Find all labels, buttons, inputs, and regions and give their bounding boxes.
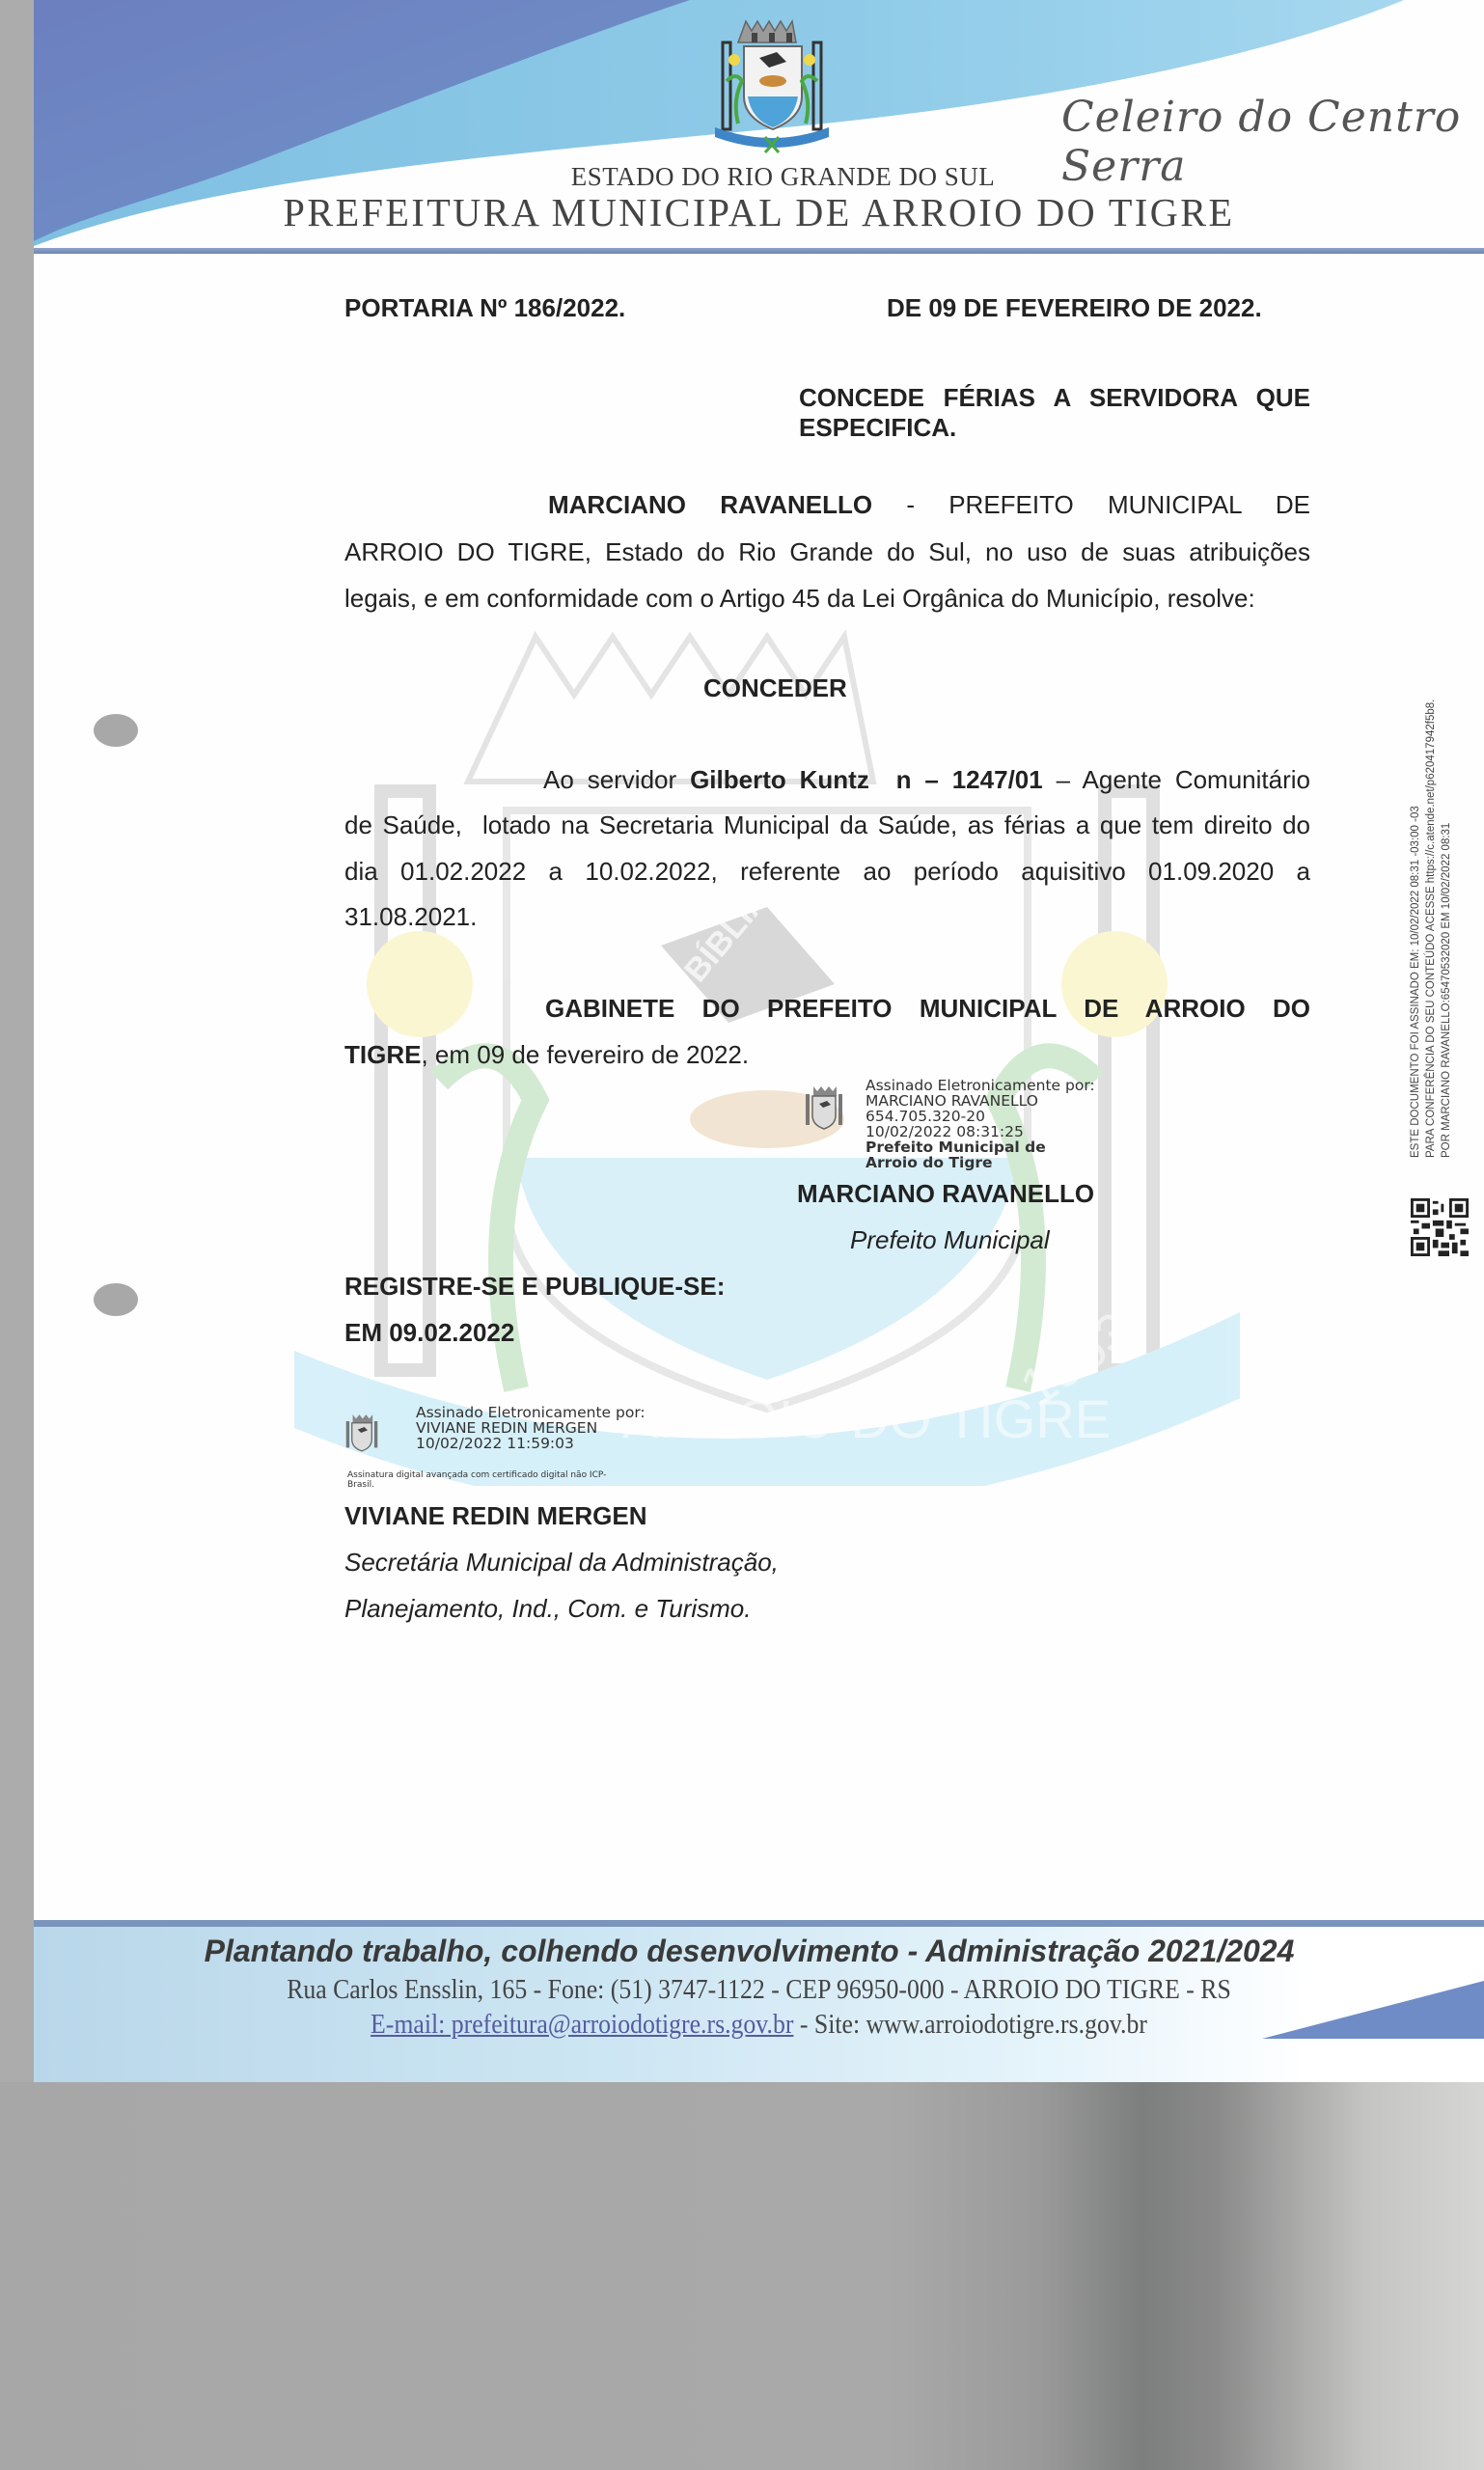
signature-crest-icon: [804, 1083, 844, 1133]
footer-corner-shape: [1262, 1971, 1484, 2039]
action-heading: CONCEDER: [703, 666, 847, 711]
register-line-2: EM 09.02.2022: [344, 1310, 514, 1356]
municipal-crest-logo: [709, 14, 835, 153]
punch-hole-top: [94, 714, 138, 747]
document-page: Celeiro do Centro Serra ESTADO DO RIO GR…: [34, 0, 1484, 2082]
portaria-date: DE 09 DE FEVEREIRO DE 2022.: [887, 286, 1262, 331]
preamble-line-1: MARCIANO RAVANELLO - PREFEITO MUNICIPAL …: [548, 482, 1310, 528]
register-line-1: REGISTRE-SE E PUBLIQUE-SE:: [344, 1264, 725, 1309]
header-divider: [34, 248, 1484, 254]
mayor-name-inline: MARCIANO RAVANELLO: [548, 490, 872, 519]
signature-certificate-notice: Assinatura digital avançada com certific…: [347, 1470, 606, 1490]
footer-divider: [34, 1920, 1484, 1927]
letterhead-footer: Plantando trabalho, colhendo desenvolvim…: [34, 1920, 1484, 2082]
signature-crest-icon: [344, 1411, 379, 1455]
state-name: ESTADO DO RIO GRANDE DO SUL: [34, 162, 1484, 192]
site-text: - Site: www.arroiodotigre.rs.gov.br: [793, 2010, 1147, 2040]
mayor-signature-role: Prefeito Municipal: [850, 1218, 1050, 1263]
verification-side-stamp: ESTE DOCUMENTO FOI ASSINADO EM: 10/02/20…: [1408, 1071, 1454, 1158]
institution-name: PREFEITURA MUNICIPAL DE ARROIO DO TIGRE: [48, 189, 1470, 235]
portaria-number: PORTARIA Nº 186/2022.: [344, 286, 625, 331]
footer-address: Rua Carlos Ensslin, 165 - Fone: (51) 374…: [92, 1975, 1426, 2006]
mayor-signature-name: MARCIANO RAVANELLO: [797, 1171, 1094, 1217]
footer-tagline: Plantando trabalho, colhendo desenvolvim…: [34, 1934, 1484, 1969]
footer-contacts: E-mail: prefeitura@arroiodotigre.rs.gov.…: [92, 2010, 1426, 2041]
qr-code[interactable]: [1411, 1198, 1469, 1256]
mayor-e-signature-stamp: Assinado Eletronicamente por: MARCIANO R…: [866, 1078, 1095, 1170]
body-line-4: 31.08.2021.: [344, 894, 477, 940]
email-link[interactable]: E-mail: prefeitura@arroiodotigre.rs.gov.…: [371, 2010, 793, 2040]
punch-hole-bottom: [94, 1283, 138, 1316]
closing-line-1: GABINETE DO PREFEITO MUNICIPAL DE ARROIO…: [545, 986, 1310, 1031]
secretary-signature-name: VIVIANE REDIN MERGEN: [344, 1494, 647, 1539]
secretary-e-signature-stamp: Assinado Eletronicamente por: VIVIANE RE…: [416, 1405, 646, 1451]
secretary-role-line-2: Planejamento, Ind., Com. e Turismo.: [344, 1586, 751, 1632]
body-line-3: dia 01.02.2022 a 10.02.2022, referente a…: [344, 849, 1310, 894]
body-line-1: Ao servidor Gilberto Kuntz n – 1247/01 –…: [543, 757, 1310, 803]
body-line-2: de Saúde, lotado na Secretaria Municipal…: [344, 803, 1310, 848]
scan-left-margin: [0, 0, 34, 2084]
ementa-line-2: ESPECIFICA.: [799, 405, 956, 451]
closing-line-2: TIGRE, em 09 de fevereiro de 2022.: [344, 1032, 749, 1078]
servant-name: Gilberto Kuntz n – 1247/01: [690, 765, 1043, 794]
preamble-line-3: legais, e em conformidade com o Artigo 4…: [344, 576, 1310, 621]
verification-link[interactable]: PARA CONFERÊNCIA DO SEU CONTEÚDO ACESSE …: [1423, 1071, 1439, 1158]
preamble-line-2: ARROIO DO TIGRE, Estado do Rio Grande do…: [344, 530, 1310, 575]
scanner-bed-background: [0, 2082, 1484, 2470]
secretary-role-line-1: Secretária Municipal da Administração,: [344, 1540, 779, 1585]
